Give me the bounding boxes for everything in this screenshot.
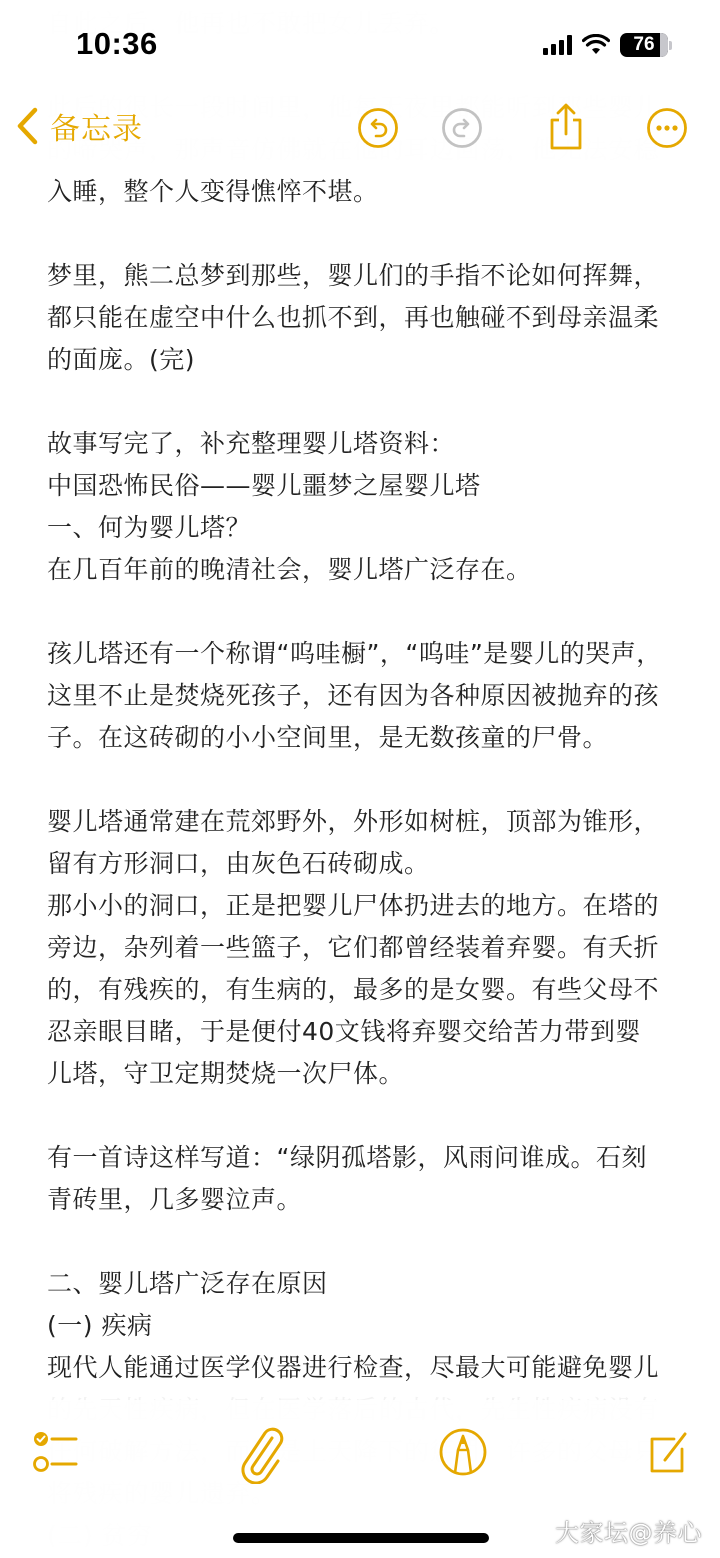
nav-bar: 备忘录 (0, 80, 720, 176)
wifi-icon (582, 34, 610, 56)
note-line: 忍亲眼目睹，于是便付40文钱将弃婴交给苦力带到婴 (47, 1011, 677, 1053)
note-line: 的面庞。(完) (47, 339, 677, 381)
cellular-signal-icon (543, 35, 572, 55)
home-indicator[interactable] (233, 1533, 489, 1543)
note-line: 青砖里，几多婴泣声。 (47, 1179, 677, 1221)
note-line: 二、婴儿塔广泛存在原因 (47, 1263, 677, 1305)
battery-icon: 76 (620, 33, 672, 57)
blank-line (47, 1095, 677, 1137)
back-button[interactable]: 备忘录 (14, 104, 143, 148)
watermark: 大家坛@养心 (555, 1513, 702, 1548)
note-line: 有一首诗这样写道：“绿阴孤塔影，风雨问谁成。石刻 (47, 1137, 677, 1179)
undo-icon[interactable] (357, 107, 399, 149)
paperclip-icon[interactable] (238, 1422, 288, 1484)
blank-line (47, 213, 677, 255)
status-bar: 10:36 76 (0, 0, 720, 80)
markup-pen-icon[interactable] (438, 1424, 488, 1480)
note-line: 故事写完了，补充整理婴儿塔资料： (47, 423, 677, 465)
note-body[interactable]: 自此之后，他再也不敢把女儿丢弃。此后的很长一段时间里，他每天夜里都能听到那些婴儿… (47, 3, 677, 1557)
note-line: 儿塔，守卫定期焚烧一次尸体。 (47, 1053, 677, 1095)
status-icons: 76 (543, 33, 672, 57)
back-label: 备忘录 (50, 104, 143, 148)
note-line: 中国恐怖民俗——婴儿噩梦之屋婴儿塔 (47, 465, 677, 507)
note-line: 旁边，杂列着一些篮子，它们都曾经装着弃婴。有夭折 (47, 927, 677, 969)
blank-line (47, 381, 677, 423)
checklist-icon[interactable] (30, 1430, 78, 1478)
note-line: 孩儿塔还有一个称谓“呜哇橱”，“呜哇”是婴儿的哭声， (47, 633, 677, 675)
share-icon[interactable] (544, 102, 588, 152)
note-line: 婴儿塔通常建在荒郊野外，外形如树桩，顶部为锥形， (47, 801, 677, 843)
note-line: 现代人能通过医学仪器进行检查，尽最大可能避免婴儿 (47, 1347, 677, 1389)
battery-level: 76 (633, 34, 654, 56)
note-line: 那小小的洞口，正是把婴儿尸体扔进去的地方。在塔的 (47, 885, 677, 927)
blank-line (47, 591, 677, 633)
note-line: 在几百年前的晚清社会，婴儿塔广泛存在。 (47, 549, 677, 591)
note-line: 梦里，熊二总梦到那些，婴儿们的手指不论如何挥舞， (47, 255, 677, 297)
note-line: 这里不止是焚烧死孩子，还有因为各种原因被抛弃的孩 (47, 675, 677, 717)
note-line: 一、何为婴儿塔？ (47, 507, 677, 549)
note-line: (一) 疾病 (47, 1305, 677, 1347)
compose-icon[interactable] (648, 1430, 690, 1478)
chevron-left-icon (14, 106, 40, 146)
note-line: 的，有残疾的，有生病的，最多的是女婴。有些父母不 (47, 969, 677, 1011)
note-line: 都只能在虚空中什么也抓不到，再也触碰不到母亲温柔 (47, 297, 677, 339)
status-time: 10:36 (76, 26, 158, 62)
blank-line (47, 1221, 677, 1263)
blank-line (47, 759, 677, 801)
note-line: 留有方形洞口，由灰色石砖砌成。 (47, 843, 677, 885)
note-line: 入睡，整个人变得憔悴不堪。 (47, 171, 677, 213)
redo-icon[interactable] (441, 107, 483, 149)
more-icon[interactable] (646, 107, 688, 149)
note-line: 子。在这砖砌的小小空间里，是无数孩童的尸骨。 (47, 717, 677, 759)
notes-screen: 自此之后，他再也不敢把女儿丢弃。此后的很长一段时间里，他每天夜里都能听到那些婴儿… (0, 0, 720, 1558)
